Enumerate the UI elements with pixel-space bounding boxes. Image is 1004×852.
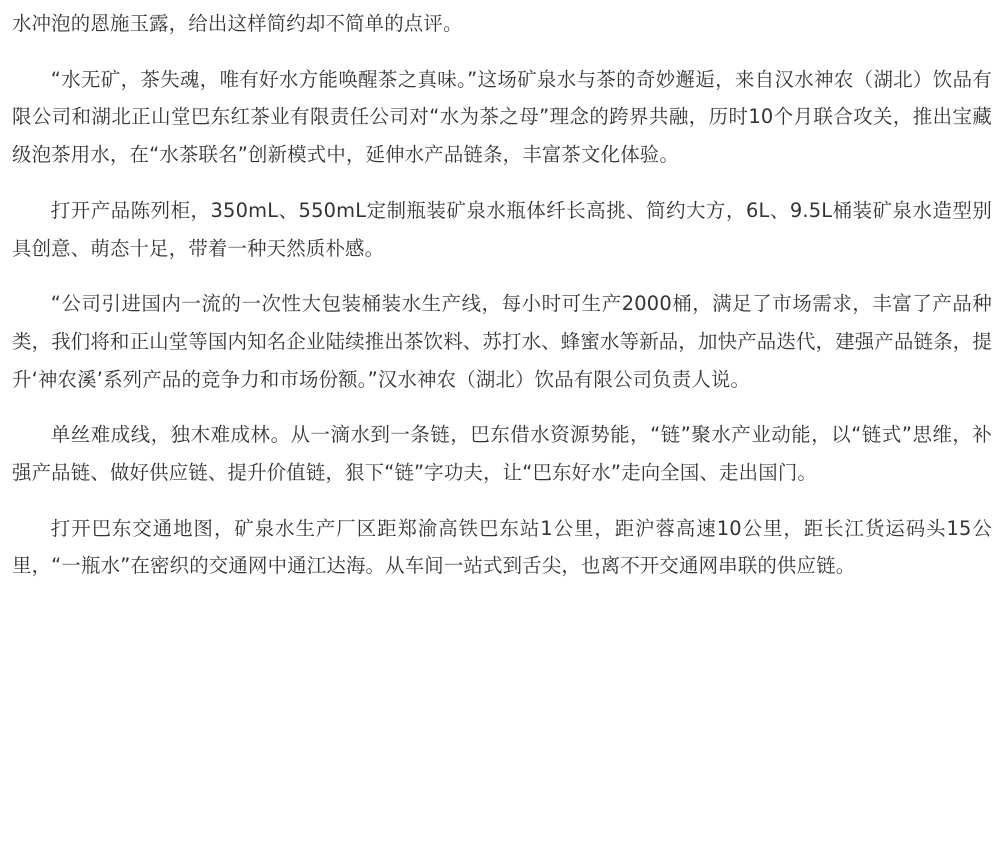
article-body: 水冲泡的恩施玉露，给出这样简约却不简单的点评。 “水无矿，茶失魂，唯有好水方能唤… <box>0 0 1004 585</box>
paragraph-company-quote: “公司引进国内一流的一次性大包装桶装水生产线，每小时可生产2000桶，满足了市场… <box>12 285 992 398</box>
paragraph-product-display: 打开产品陈列柜，350mL、550mL定制瓶装矿泉水瓶体纤长高挑、简约大方，6L… <box>12 192 992 267</box>
paragraph-tea-water-collaboration: “水无矿，茶失魂，唯有好水方能唤醒茶之真味。”这场矿泉水与茶的奇妙邂逅，来自汉水… <box>12 61 992 174</box>
paragraph-industry-chain: 单丝难成线，独木难成林。从一滴水到一条链，巴东借水资源势能，“链”聚水产业动能，… <box>12 416 992 491</box>
paragraph-intro-continuation: 水冲泡的恩施玉露，给出这样简约却不简单的点评。 <box>12 5 992 43</box>
paragraph-transport-network: 打开巴东交通地图，矿泉水生产厂区距郑渝高铁巴东站1公里，距沪蓉高速10公里，距长… <box>12 510 992 585</box>
